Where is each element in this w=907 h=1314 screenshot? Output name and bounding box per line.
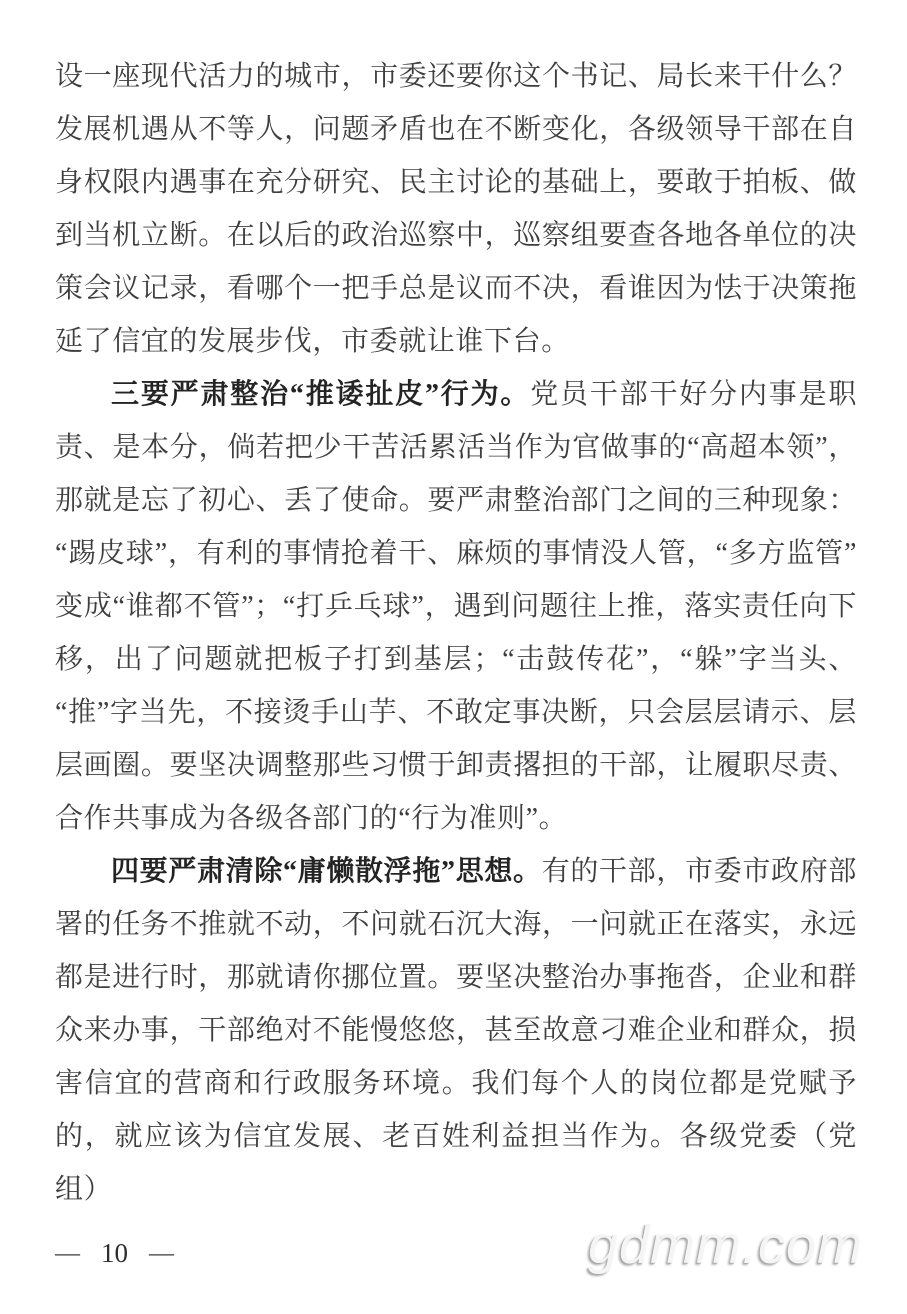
body-paragraph: 四要严肃清除“庸懒散浮拖”思想。有的干部，市委市政府部署的任务不推就不动，不问就… (55, 845, 857, 1216)
paragraph-lead: 四要严肃清除“庸懒散浮拖”思想。 (111, 856, 542, 887)
footer-dash: — (55, 1240, 80, 1268)
paragraph-lead: 三要严肃整治“推诿扯皮”行为。 (111, 379, 530, 410)
paragraph-text: 党员干部干好分内事是职责、是本分，倘若把少干苦活累活当作为官做事的“高超本领”，… (55, 379, 857, 834)
page-number: 10 (101, 1238, 128, 1269)
paragraph-text: 有的干部，市委市政府部署的任务不推就不动，不问就石沉大海，一问就正在落实，永远都… (55, 856, 857, 1205)
body-paragraph: 三要严肃整治“推诿扯皮”行为。党员干部干好分内事是职责、是本分，倘若把少干苦活累… (55, 368, 857, 845)
body-paragraph: 设一座现代活力的城市，市委还要你这个书记、局长来干什么？发展机遇从不等人，问题矛… (55, 50, 857, 368)
page-footer: — 10 — (55, 1238, 174, 1269)
paragraph-text: 设一座现代活力的城市，市委还要你这个书记、局长来干什么？发展机遇从不等人，问题矛… (55, 61, 857, 357)
footer-dash: — (149, 1240, 174, 1268)
watermark-text: gdmm.com (588, 1214, 863, 1276)
document-page: 设一座现代活力的城市，市委还要你这个书记、局长来干什么？发展机遇从不等人，问题矛… (0, 0, 907, 1314)
document-text-block: 设一座现代活力的城市，市委还要你这个书记、局长来干什么？发展机遇从不等人，问题矛… (55, 50, 857, 1216)
